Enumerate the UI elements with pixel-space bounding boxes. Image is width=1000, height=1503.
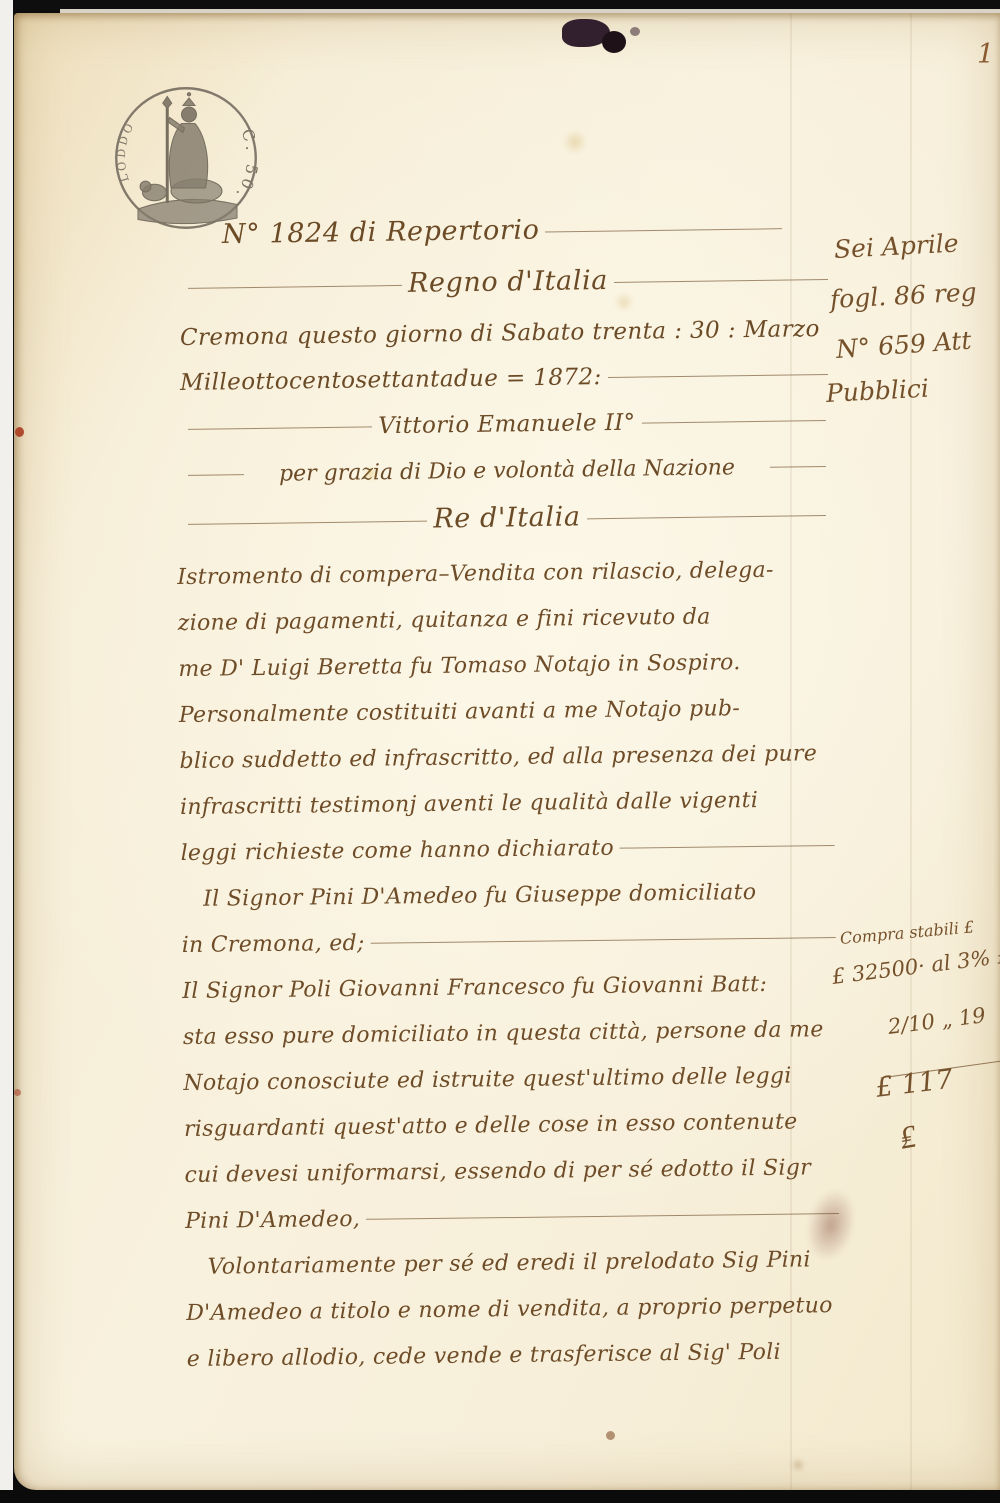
header-repertorio-line: N° 1824 di Repertorio [222,211,788,250]
repertorio-text: N° 1824 di Repertorio [222,215,540,250]
document-page: C. 50. LODDO 1 N° 1824 di Repertorio Reg… [14,13,1000,1490]
re-italia-text: Re d'Italia [433,501,581,534]
body-line: D'Amedeo a titolo e nome di vendita, a p… [186,1283,847,1337]
margin-note-pubblici: Pubblici [825,374,929,408]
margin-note-date: Sei Aprile [833,228,959,263]
header-regno-line: Regno d'Italia [182,262,834,302]
body-line: me D' Luigi Beretta fu Tomaso Notajo in … [178,639,839,693]
grace-text: per grazia di Dio e volontà della Nazion… [250,455,764,487]
deed-body-text: Istromento di compera–Vendita con rilasc… [177,547,847,1383]
date-text-1: Cremona questo giorno di Sabato trenta :… [180,316,820,351]
leading-rule [188,474,244,476]
margin-flourish: ₤ [897,1117,919,1157]
body-line: sta esso pure domiciliato in questa citt… [183,1007,844,1061]
body-line-text: Istromento di compera–Vendita con rilasc… [177,548,774,601]
grace-line: per grazia di Dio e volontà della Nazion… [182,454,832,488]
body-line-text: me D' Luigi Beretta fu Tomaso Notajo in … [178,640,741,693]
body-line-text: Pini D'Amedeo, [185,1197,361,1245]
trailing-rule [608,374,828,378]
body-line-text: Volontariamente per sé ed eredi il prelo… [207,1237,811,1290]
trailing-rule [642,420,826,424]
margin-calc-total: £ 117 [874,1064,954,1104]
body-line: Notajo conosciute ed istruite quest'ulti… [183,1053,844,1107]
king-text: Vittorio Emanuele II° [378,410,636,440]
stamp-figure: C. 50. LODDO [111,83,261,233]
trailing-rule [620,845,835,849]
scanner-background [0,0,13,1503]
body-line-text: risguardanti quest'atto e delle cose in … [184,1100,798,1153]
body-line-text: Il Signor Pini D'Amedeo fu Giuseppe domi… [203,870,757,923]
body-line-text: D'Amedeo a titolo e nome di vendita, a p… [186,1283,833,1337]
foxing-spot [562,131,588,153]
body-line: zione di pagamenti, quitanza e fini rice… [178,593,839,647]
body-line: leggi richieste come hanno dichiarato [180,823,841,877]
body-line-text: Il Signor Poli Giovanni Francesco fu Gio… [182,962,767,1015]
red-wax-mark [14,1089,21,1096]
leading-rule [188,285,402,289]
margin-calc-line-1: £ 32500· al 3% £ 9 [831,941,1000,989]
trailing-rule [587,515,826,519]
date-line-1: Cremona questo giorno di Sabato trenta :… [180,316,820,351]
red-wax-mark [15,427,24,437]
body-line: e libero allodio, cede vende e trasferis… [187,1329,848,1383]
revenue-stamp: C. 50. LODDO [111,83,261,233]
body-line: cui devesi uniformarsi, essendo di per s… [184,1145,845,1199]
body-line-text: Personalmente costituiti avanti a me Not… [179,686,741,739]
body-line-text: leggi richieste come hanno dichiarato [180,826,614,877]
body-line: Personalmente costituiti avanti a me Not… [179,685,840,739]
body-line-text: Notajo conosciute ed istruite quest'ulti… [183,1054,792,1107]
date-line-2: Milleottocentosettantadue = 1872: [180,361,834,396]
body-line-text: blico suddetto ed infrascritto, ed alla … [179,731,817,785]
scan-bottom-edge [0,1490,1000,1503]
leading-rule [188,426,372,430]
body-line: infrascritti testimonj aventi le qualità… [180,777,841,831]
re-italia-line: Re d'Italia [182,498,832,538]
trailing-rule [366,1213,839,1220]
margin-note-foglio: fogl. 86 reg [829,277,977,314]
stamp-inscription: LODDO [115,119,138,183]
body-line: Pini D'Amedeo, [185,1191,846,1245]
regno-text: Regno d'Italia [408,265,608,299]
body-line-text: e libero allodio, cede vende e trasferis… [187,1330,782,1383]
margin-calc-line-2: 2/10 „ 19 [887,1003,987,1039]
trailing-rule [614,279,828,283]
ink-blot [602,31,626,53]
ink-speck [630,27,640,36]
trailing-rule [770,466,826,468]
foxing-spot [606,1431,615,1440]
body-line: Istromento di compera–Vendita con rilasc… [177,547,838,601]
trailing-rule [371,937,836,944]
body-line-text: infrascritti testimonj aventi le qualità… [180,778,759,831]
leading-rule [188,521,427,525]
body-line: blico suddetto ed infrascritto, ed alla … [179,731,840,785]
body-line: Volontariamente per sé ed eredi il prelo… [185,1237,846,1291]
foxing-spot [364,468,378,480]
margin-calc-caption: Compra stabili £ [839,917,975,948]
date-text-2: Milleottocentosettantadue = 1872: [180,364,602,396]
body-line: Il Signor Poli Giovanni Francesco fu Gio… [182,961,843,1015]
body-line: Il Signor Pini D'Amedeo fu Giuseppe domi… [181,869,842,923]
body-line-text: sta esso pure domiciliato in questa citt… [183,1007,824,1061]
trailing-rule [545,228,782,232]
foxing-spot [614,293,634,311]
body-line-text: in Cremona, ed; [181,921,365,969]
svg-text:LODDO: LODDO [115,119,138,183]
body-line: in Cremona, ed; [181,915,842,969]
scanned-document: C. 50. LODDO 1 N° 1824 di Repertorio Reg… [0,0,1000,1503]
king-line: Vittorio Emanuele II° [182,407,832,442]
body-line-text: cui devesi uniformarsi, essendo di per s… [184,1145,811,1199]
foxing-spot [790,1459,806,1471]
body-line: risguardanti quest'atto e delle cose in … [184,1099,845,1153]
margin-note-number: N° 659 Att [835,326,972,364]
body-line-text: zione di pagamenti, quitanza e fini rice… [178,595,711,648]
page-number: 1 [977,39,994,70]
